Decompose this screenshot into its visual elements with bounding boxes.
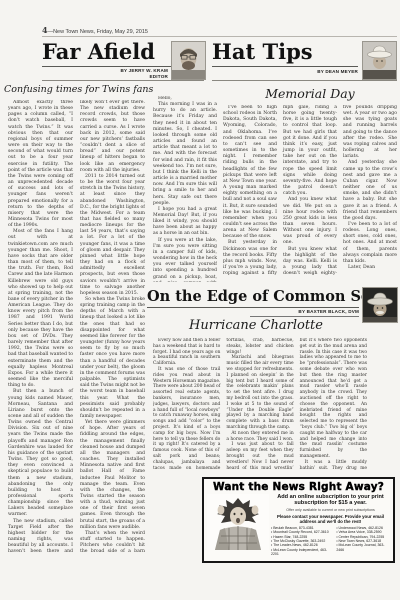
paper-list-item: McLean County Independent, 463-2201 bbox=[271, 548, 332, 557]
paper-list-item: McLean County Journal, 363-2466 bbox=[336, 543, 390, 552]
paragraph: Yet there were glimmers of hope. After y… bbox=[80, 420, 145, 531]
paragraph: If you were at the lake, I’m sure you we… bbox=[153, 238, 217, 282]
paragraph: I’ve been to a lot of rodeos. Long ones,… bbox=[343, 222, 397, 265]
hat-tips-byline-rule bbox=[212, 80, 397, 81]
baxter-black-photo bbox=[362, 287, 398, 323]
man-with-cowboy-hat-portrait bbox=[363, 42, 396, 79]
paragraph: Every now and then a feller has a weeken… bbox=[153, 338, 220, 367]
paragraph: Mariachi and bluegrass music filled the … bbox=[226, 355, 293, 430]
far-afield-byline-rule bbox=[42, 80, 204, 81]
cowboy-with-mustache-portrait bbox=[363, 288, 397, 322]
paragraph: 2011 to 2014 turned out to be the worst … bbox=[80, 174, 145, 297]
hat-tips-title: Hat Tips bbox=[212, 39, 358, 67]
ad-papers-list-right: Underwood News, 462-8126Velva Area Voice… bbox=[336, 526, 390, 557]
folio-line: 4—New Town News, Friday, May 29, 2015 bbox=[42, 25, 148, 35]
paragraph: Later, Dean bbox=[343, 265, 397, 271]
ad-contact-text: Please contact your newspaper. Provide y… bbox=[271, 514, 390, 524]
paragraph: I’ve been to high school rodeos in North… bbox=[223, 105, 277, 240]
ad-headline: Want the News Right Away? bbox=[204, 481, 393, 493]
hat-tips-body-columns: I’ve been to high school rodeos in North… bbox=[223, 105, 397, 282]
surprised-woman-photo bbox=[207, 494, 269, 550]
ad-fine-print: Offer only available to current or new p… bbox=[271, 508, 390, 512]
subscription-ad: Want the News Right Away? bbox=[202, 477, 395, 563]
edition-date: —New Town News, Friday, May 29, 2015 bbox=[48, 29, 148, 35]
paragraph: This morning I was in a hurry to do an a… bbox=[153, 102, 217, 207]
common-sense-title: On the Edge of Common Sense bbox=[147, 288, 359, 308]
common-sense-byline: BY BAXTER BLACK, DVM bbox=[250, 309, 359, 317]
paper-list-item: Velva Area Voice, 338-2590 bbox=[336, 530, 390, 534]
ad-papers-list-left: Beulah Beacon, 873-4381Mountrail County … bbox=[271, 526, 332, 557]
newspaper-page: 4—New Town News, Friday, May 29, 2015 Fa… bbox=[0, 0, 400, 600]
paragraph: So when the Twins broke spring training … bbox=[80, 297, 145, 420]
far-afield-body: Almost exactly three years ago, I wrote … bbox=[8, 100, 145, 558]
paragraph: But then a bunch of young kids named Mau… bbox=[8, 389, 73, 518]
paragraph: Most of the fans I hang out with at twin… bbox=[8, 229, 73, 389]
ad-offer-text: Add an online subscription to your print… bbox=[271, 494, 390, 507]
paragraph: And you knew what we did. We put on a ni… bbox=[283, 197, 337, 246]
paragraph: At noon they entered me in a horse race.… bbox=[226, 431, 293, 443]
man-with-beard-portrait bbox=[172, 42, 205, 79]
far-afield-subhead: Confusing times for Twins fans bbox=[4, 84, 146, 95]
hat-tips-byline: BY DEAN MEYER bbox=[250, 69, 358, 75]
paragraph: I hope you had a great Memorial Day! But… bbox=[153, 207, 217, 238]
top-rule bbox=[42, 36, 397, 37]
paragraph: And yesterday she came up to the crow’s … bbox=[343, 160, 397, 222]
jerry-kram-photo bbox=[171, 41, 206, 80]
hat-tips-subhead: Memorial Day bbox=[223, 86, 397, 101]
far-afield-byline: BY JERRY W. KRAM EDITOR bbox=[60, 68, 168, 79]
common-sense-subhead: Hurricane Charlotte bbox=[153, 318, 359, 333]
paragraph: Almost exactly three years ago, I wrote … bbox=[8, 100, 73, 229]
woman-hands-in-hair-image bbox=[207, 494, 269, 550]
dean-meyer-photo bbox=[362, 41, 397, 80]
hat-tips-body-first-column: Hello,This morning I was in a hurry to d… bbox=[153, 96, 217, 282]
paper-list-item: Mountrail County Record, 627-3610 bbox=[271, 530, 332, 534]
common-sense-body: Every now and then a feller has a weeken… bbox=[153, 338, 367, 476]
byline-role: EDITOR bbox=[60, 74, 168, 80]
